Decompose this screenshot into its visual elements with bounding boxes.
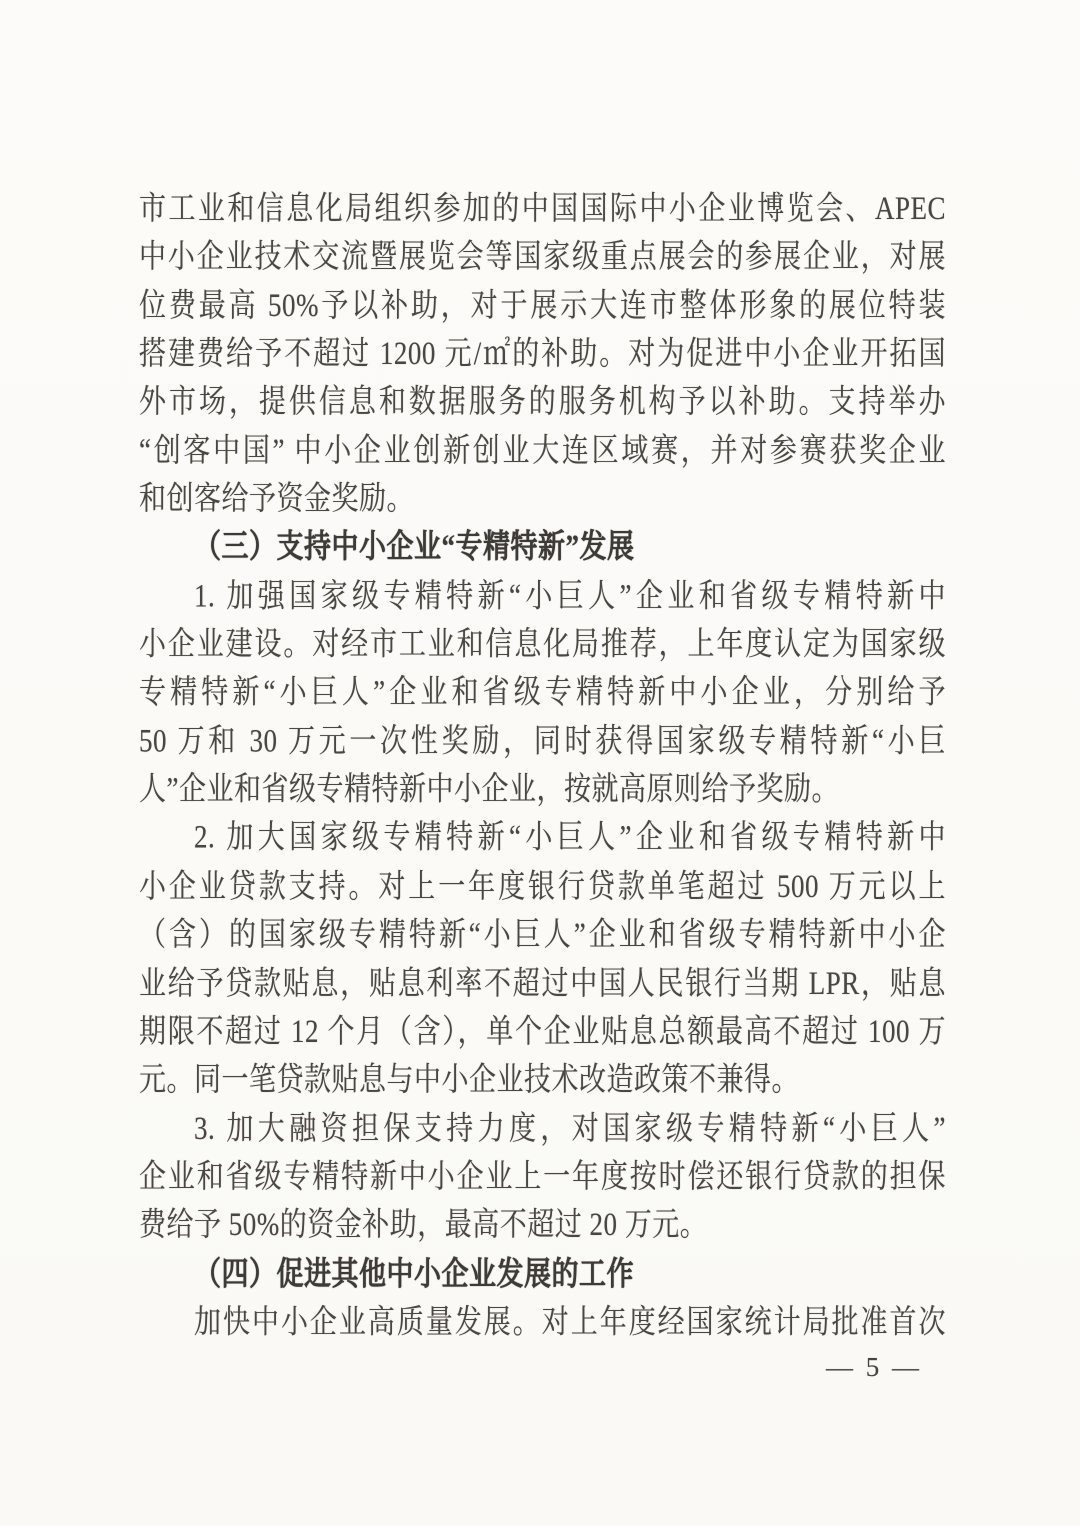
doc-line-09: 1. 加强国家级专精特新“小巨人”企业和省级专精特新中 (139, 571, 946, 619)
doc-line-11: 专精特新“小巨人”企业和省级专精特新中小企业，分别给予 (139, 668, 946, 716)
doc-line-24: 加快中小企业高质量发展。对上年度经国家统计局批准首次 (139, 1297, 946, 1345)
doc-line-19: 元。同一笔贷款贴息与中小企业技术改造政策不兼得。 (139, 1055, 946, 1103)
doc-line-14: 2. 加大国家级专精特新“小巨人”企业和省级专精特新中 (139, 813, 946, 861)
doc-line-21: 企业和省级专精特新中小企业上一年度按时偿还银行贷款的担保 (139, 1152, 946, 1200)
doc-line-06: “创客中国” 中小企业创新创业大连区域赛，并对参赛获奖企业 (139, 426, 946, 474)
doc-line-03: 位费最高 50%予以补助，对于展示大连市整体形象的展位特装 (139, 281, 946, 329)
doc-line-04: 搭建费给予不超过 1200 元/㎡的补助。对为促进中小企业开拓国 (139, 329, 946, 377)
doc-line-13: 人”企业和省级专精特新中小企业，按就高原则给予奖励。 (139, 765, 946, 813)
doc-line-16: （含）的国家级专精特新“小巨人”企业和省级专精特新中小企 (139, 910, 946, 958)
doc-line-22: 费给予 50%的资金补助，最高不超过 20 万元。 (139, 1201, 946, 1249)
doc-line-15: 小企业贷款支持。对上一年度银行贷款单笔超过 500 万元以上 (139, 862, 946, 910)
doc-line-07: 和创客给予资金奖励。 (139, 474, 946, 522)
doc-line-01: 市工业和信息化局组织参加的中国国际中小企业博览会、APEC (139, 184, 946, 232)
page-number: — 5 — (826, 1352, 922, 1383)
doc-line-02: 中小企业技术交流暨展览会等国家级重点展会的参展企业，对展 (139, 232, 946, 280)
section-heading-three: （三）支持中小企业“专精特新”发展 (139, 523, 946, 571)
section-heading-four: （四）促进其他中小企业发展的工作 (139, 1249, 946, 1297)
doc-line-10: 小企业建设。对经市工业和信息化局推荐，上年度认定为国家级 (139, 620, 946, 668)
doc-line-12: 50 万和 30 万元一次性奖励，同时获得国家级专精特新“小巨 (139, 717, 946, 765)
doc-line-05: 外市场，提供信息和数据服务的服务机构予以补助。支持举办 (139, 378, 946, 426)
scanned-document-page: 市工业和信息化局组织参加的中国国际中小企业博览会、APEC 中小企业技术交流暨展… (0, 0, 1080, 1526)
doc-line-18: 期限不超过 12 个月（含），单个企业贴息总额最高不超过 100 万 (139, 1007, 946, 1055)
document-text-block: 市工业和信息化局组织参加的中国国际中小企业博览会、APEC 中小企业技术交流暨展… (139, 184, 946, 1346)
doc-line-17: 业给予贷款贴息，贴息利率不超过中国人民银行当期 LPR，贴息 (139, 959, 946, 1007)
doc-line-20: 3. 加大融资担保支持力度，对国家级专精特新“小巨人” (139, 1104, 946, 1152)
